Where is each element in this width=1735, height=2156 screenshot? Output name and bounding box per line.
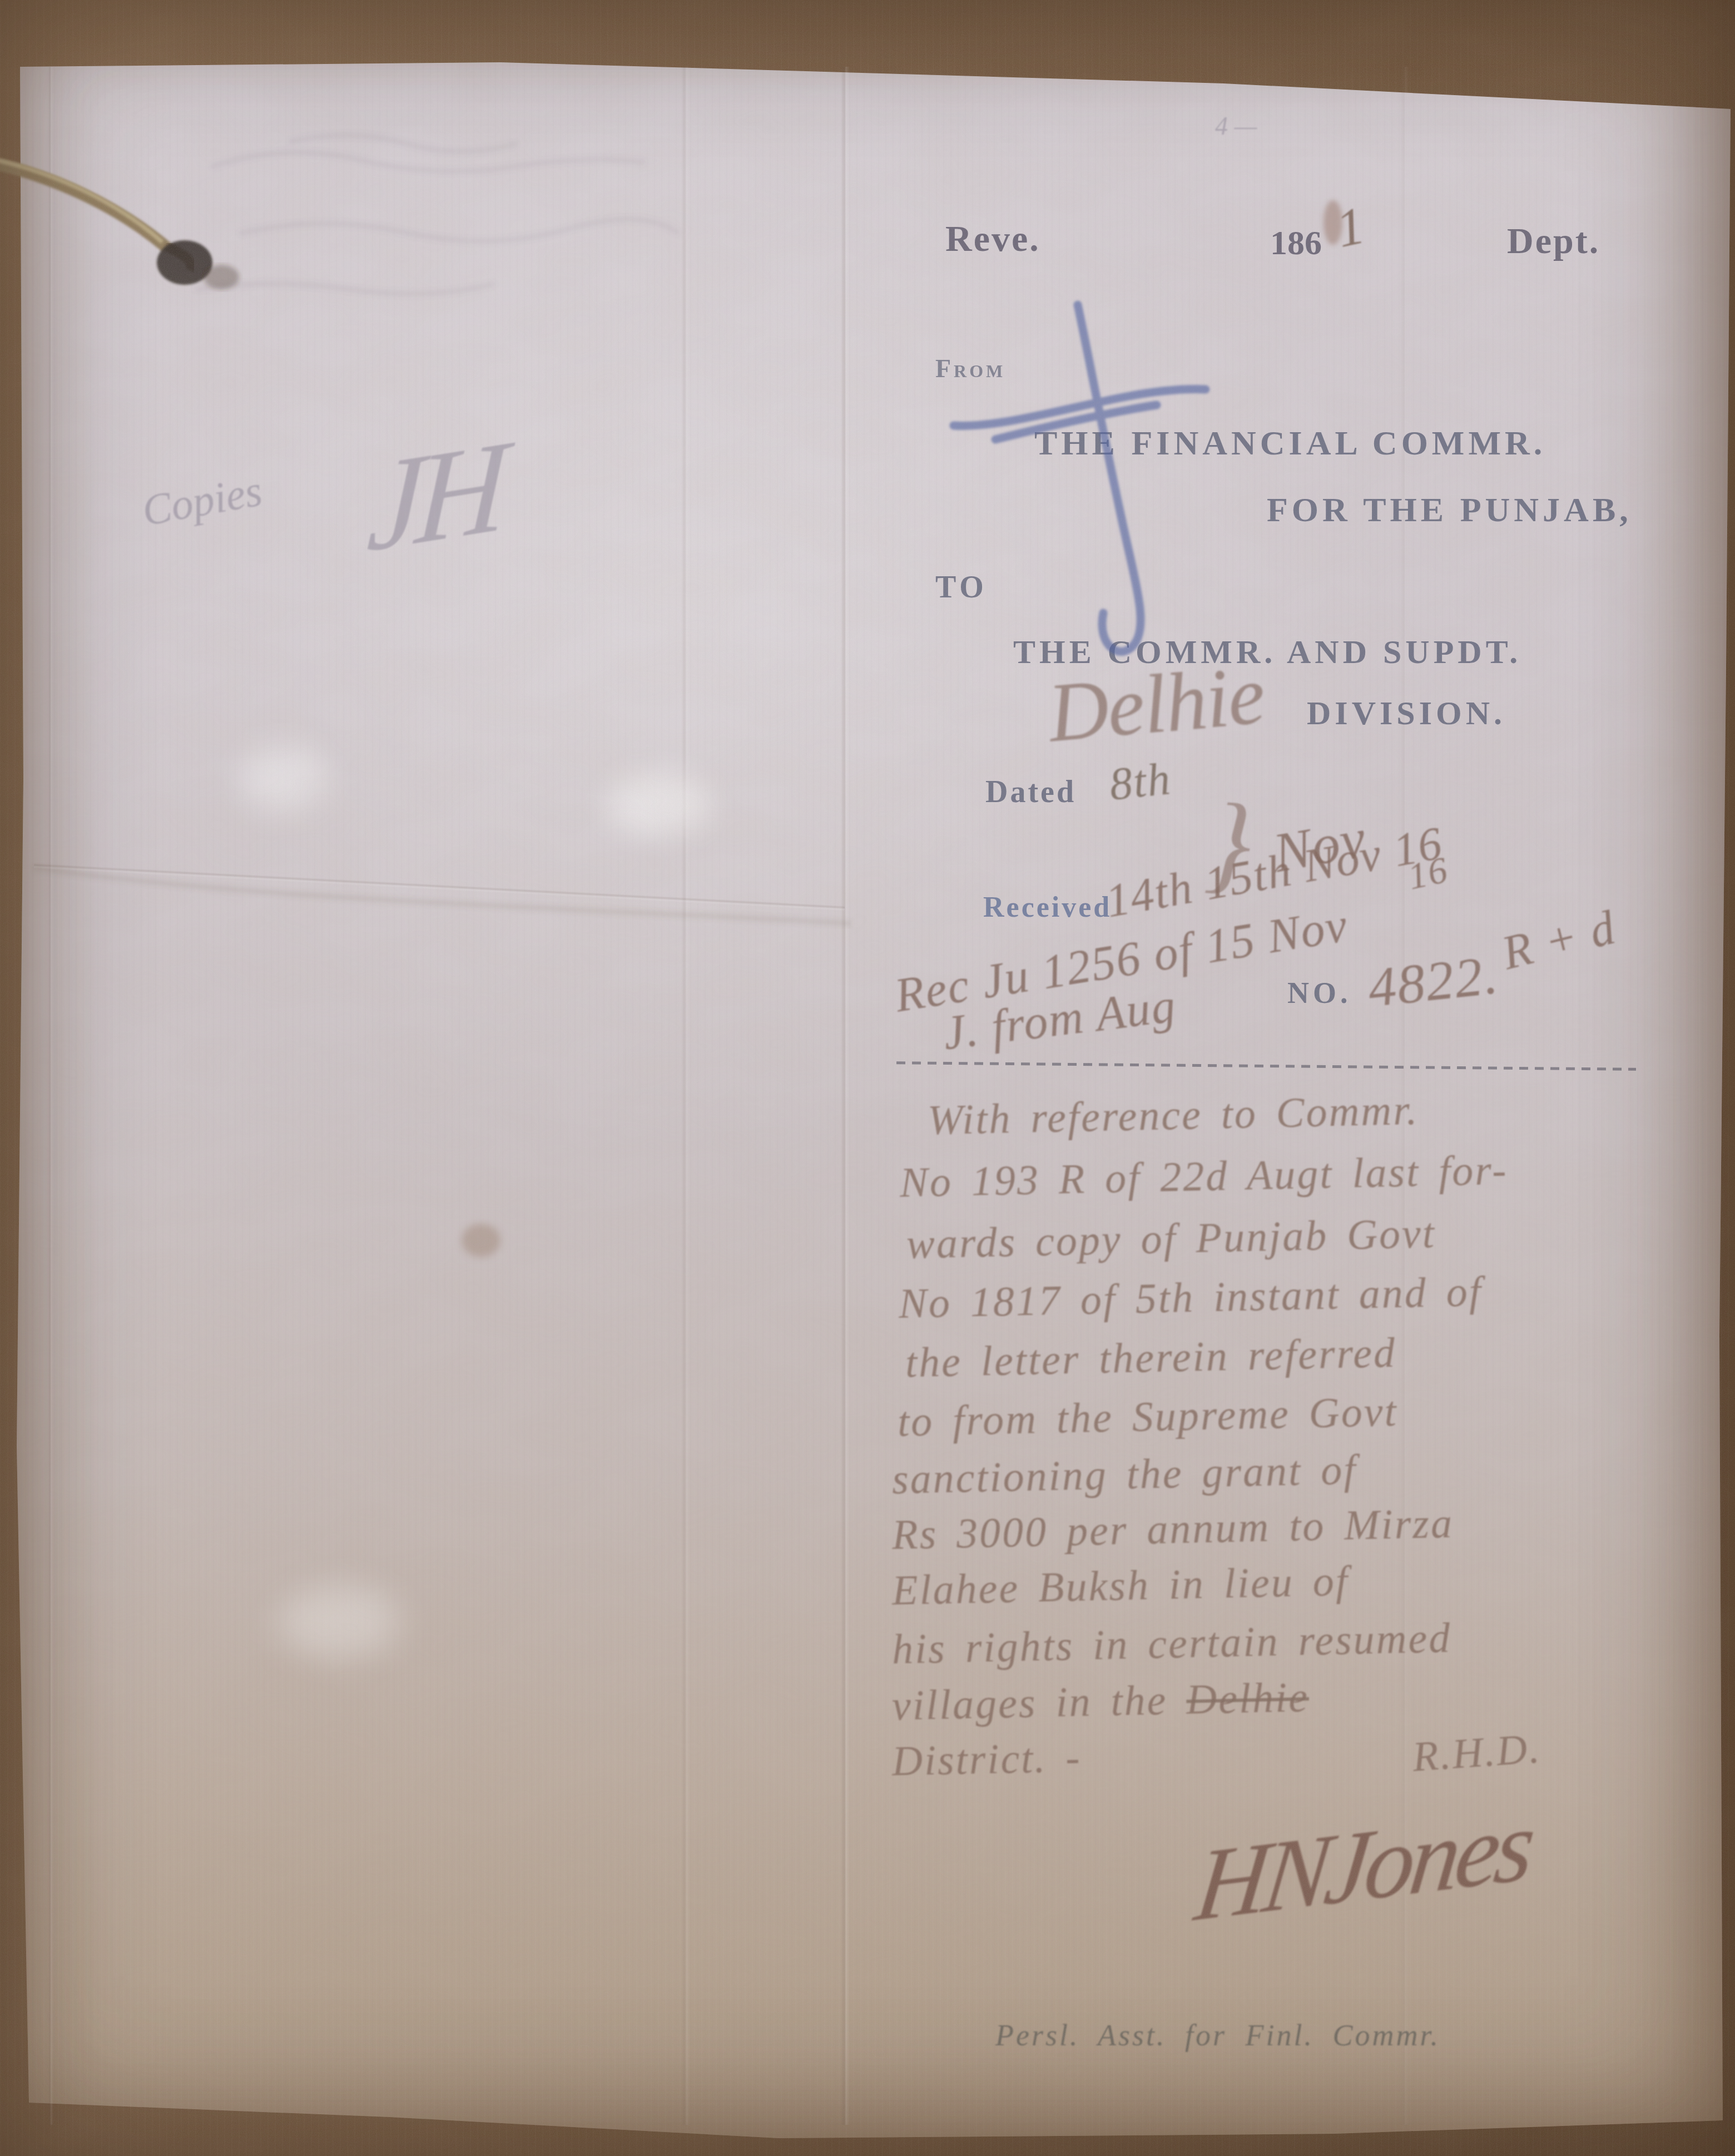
body-line: With reference to Commr. [927, 1086, 1419, 1145]
body-line: Elahee Buksh in lieu of [891, 1557, 1350, 1615]
from-org-line2: FOR THE PUNJAB, [1267, 491, 1632, 530]
body-line-with-strike: villages in the Delhie [891, 1673, 1310, 1730]
to-label: TO [935, 570, 988, 605]
struck-word: Delhie [1186, 1674, 1309, 1723]
dated-label: Dated [985, 774, 1076, 810]
body-initials: R.H.D. [1411, 1724, 1543, 1782]
body-line-prefix: villages in the [891, 1677, 1187, 1729]
division-label: DIVISION. [1307, 694, 1506, 733]
dated-day-handwritten: 8th [1107, 752, 1173, 810]
number-label: NO. [1287, 976, 1352, 1010]
scanned-letter-photo: 4 — Reve. 186 1 Dept. From THE FINANCIAL… [0, 0, 1735, 2156]
from-label: From [935, 354, 1005, 383]
margin-monogram-handwritten: JH [364, 411, 503, 582]
pencil-page-mark: 4 — [1215, 111, 1257, 141]
from-org-line1: THE FINANCIAL COMMR. [1034, 424, 1546, 463]
footer-designation: Persl. Asst. for Finl. Commr. [995, 2018, 1440, 2053]
received-label: Received [983, 891, 1112, 924]
dept-stamp-right: Dept. [1507, 220, 1600, 263]
body-line: the letter therein referred [905, 1329, 1397, 1387]
body-line: District. - [891, 1733, 1082, 1786]
year-printed: 186 [1270, 224, 1322, 263]
body-line: sanctioning the grant of [891, 1446, 1357, 1504]
dept-stamp-left: Reve. [945, 218, 1040, 260]
number-value-handwritten: 4822. [1365, 942, 1502, 1020]
division-name-handwritten: Delhie [1044, 647, 1267, 761]
